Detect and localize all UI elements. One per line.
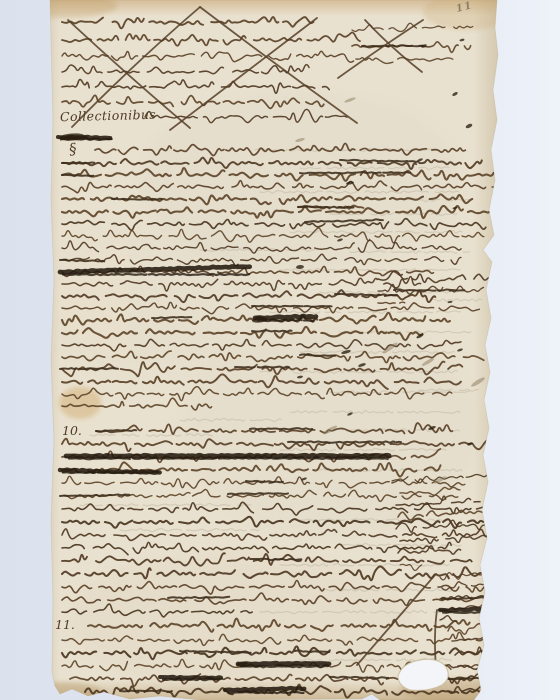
paragraph-11-marker: 11. [55, 617, 75, 632]
scanned-manuscript-page: 11 Collectionibus § 10. 11. [0, 0, 560, 700]
paragraph-10-marker: 10. [62, 423, 82, 438]
paragraph-9-marker: § [68, 140, 78, 159]
legible-word-collectionibus: Collectionibus [60, 107, 157, 125]
manuscript-scan-svg [0, 0, 560, 700]
ink-stain [59, 387, 101, 419]
